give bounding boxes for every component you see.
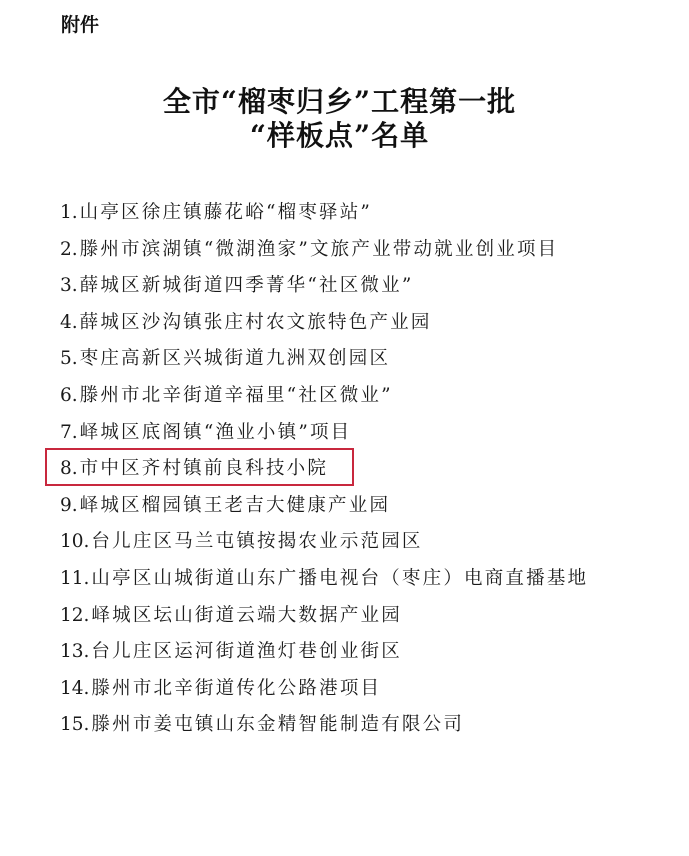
item-number: 6. [60, 385, 78, 406]
list-item: 15.滕州市姜屯镇山东金精智能制造有限公司 [60, 707, 588, 744]
list-item: 3.薛城区新城街道四季菁华“社区微业” [60, 268, 588, 305]
item-number: 15. [60, 714, 89, 735]
item-text: 峄城区底阁镇“渔业小镇”项目 [80, 422, 352, 443]
item-number: 5. [60, 348, 78, 369]
item-text: 峄城区榴园镇王老吉大健康产业园 [80, 495, 391, 516]
item-text: 台儿庄区运河街道渔灯巷创业街区 [91, 641, 402, 662]
item-text: 滕州市北辛街道传化公路港项目 [91, 678, 381, 699]
list-item: 5.枣庄高新区兴城街道九洲双创园区 [60, 341, 588, 378]
item-text: 薛城区新城街道四季菁华“社区微业” [80, 275, 414, 296]
list-item: 10.台儿庄区马兰屯镇按揭农业示范园区 [60, 524, 588, 561]
item-number: 2. [60, 239, 78, 260]
list-item: 9.峄城区榴园镇王老吉大健康产业园 [60, 488, 588, 525]
item-text: 枣庄高新区兴城街道九洲双创园区 [80, 348, 391, 369]
item-number: 10. [60, 531, 89, 552]
list-item: 14.滕州市北辛街道传化公路港项目 [60, 671, 588, 708]
list-item: 2.滕州市滨湖镇“微湖渔家”文旅产业带动就业创业项目 [60, 232, 588, 269]
item-number: 3. [60, 275, 78, 296]
list-item: 7.峄城区底阁镇“渔业小镇”项目 [60, 415, 588, 452]
list-item: 11.山亭区山城街道山东广播电视台（枣庄）电商直播基地 [60, 561, 588, 598]
item-text: 滕州市姜屯镇山东金精智能制造有限公司 [91, 714, 464, 735]
item-text: 滕州市滨湖镇“微湖渔家”文旅产业带动就业创业项目 [80, 239, 559, 260]
item-number: 11. [60, 568, 89, 589]
item-text: 薛城区沙沟镇张庄村农文旅特色产业园 [80, 312, 432, 333]
document-title-line-2: “样板点”名单 [0, 114, 684, 154]
list-item: 4.薛城区沙沟镇张庄村农文旅特色产业园 [60, 305, 588, 342]
item-text: 滕州市北辛街道辛福里“社区微业” [80, 385, 393, 406]
item-number: 14. [60, 678, 89, 699]
item-number: 1. [60, 202, 78, 223]
item-text: 台儿庄区马兰屯镇按揭农业示范园区 [91, 531, 422, 552]
red-highlight-box [45, 448, 354, 486]
item-number: 9. [60, 495, 78, 516]
attachment-label: 附件 [61, 10, 99, 37]
item-number: 12. [60, 605, 89, 626]
list-item: 6.滕州市北辛街道辛福里“社区微业” [60, 378, 588, 415]
item-number: 7. [60, 422, 78, 443]
item-text: 山亭区山城街道山东广播电视台（枣庄）电商直播基地 [91, 568, 588, 589]
item-number: 4. [60, 312, 78, 333]
list-item: 1.山亭区徐庄镇藤花峪“榴枣驿站” [60, 195, 588, 232]
item-text: 山亭区徐庄镇藤花峪“榴枣驿站” [80, 202, 372, 223]
item-number: 13. [60, 641, 89, 662]
list-item: 12.峄城区坛山街道云端大数据产业园 [60, 598, 588, 635]
item-text: 峄城区坛山街道云端大数据产业园 [91, 605, 402, 626]
list-item: 13.台儿庄区运河街道渔灯巷创业街区 [60, 634, 588, 671]
